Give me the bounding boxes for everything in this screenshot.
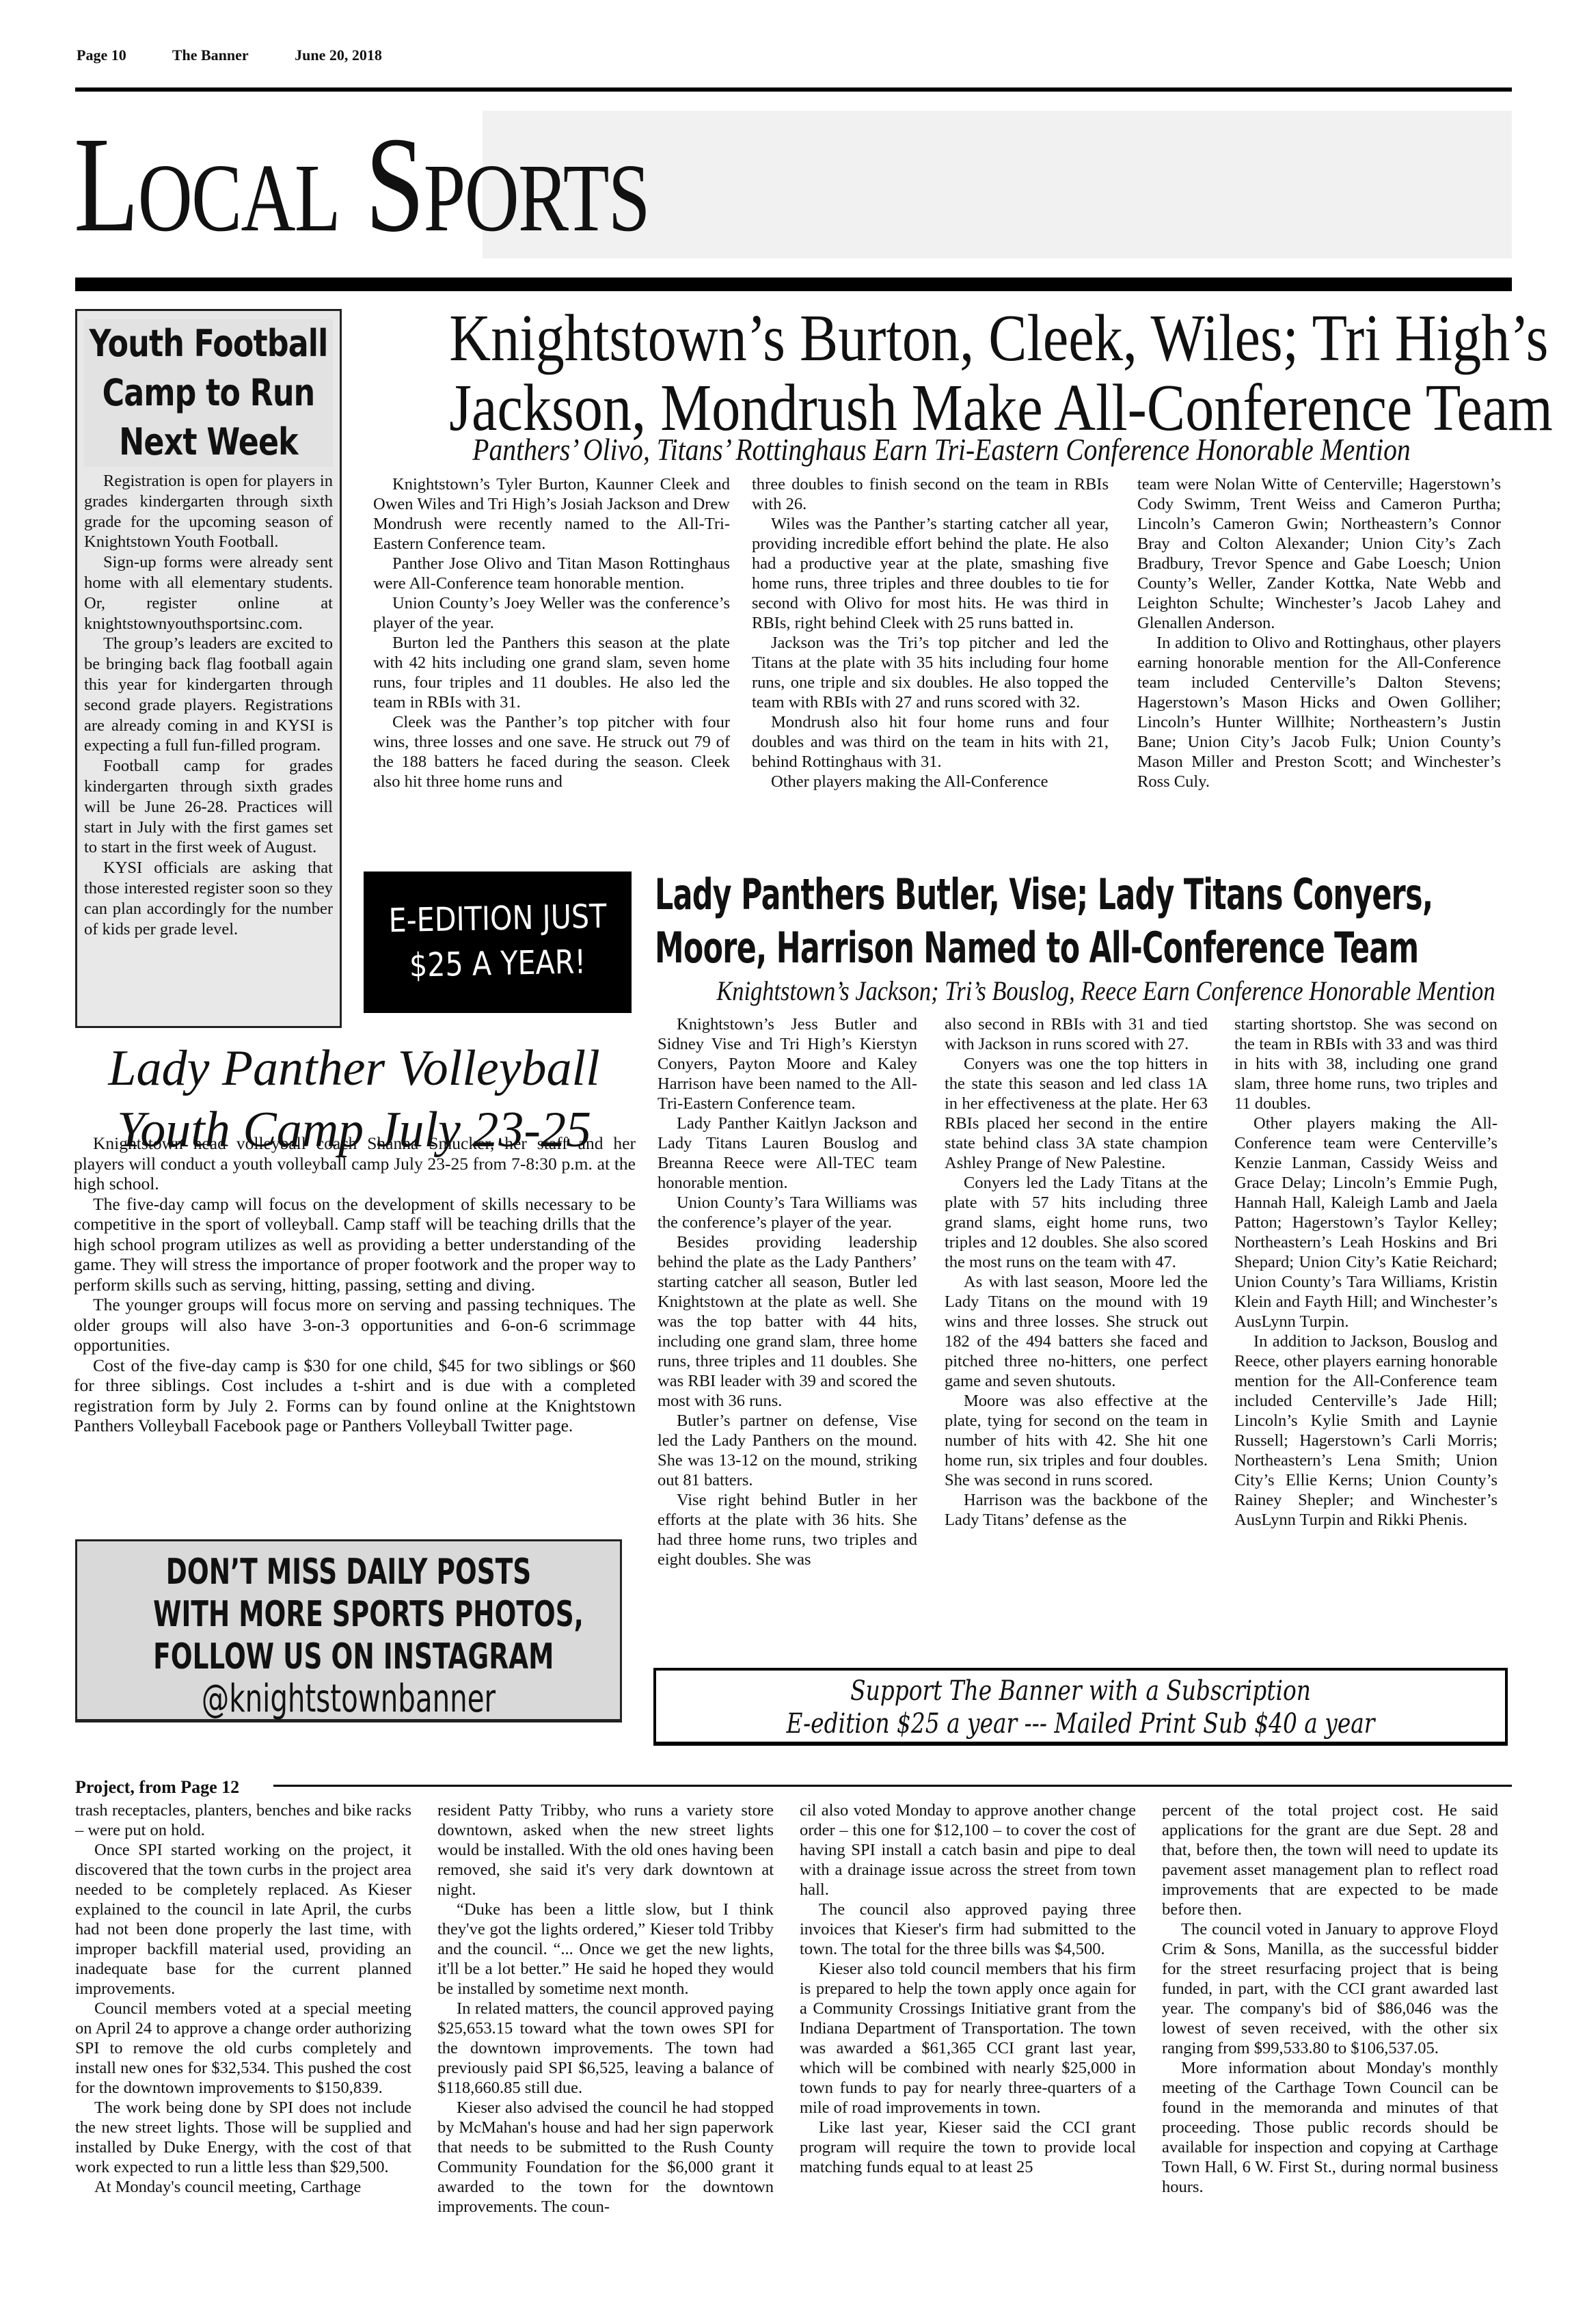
project-column-3: cil also voted Monday to approve another… [800, 1800, 1136, 2177]
paragraph: In addition to Jackson, Bouslog and Reec… [1234, 1332, 1498, 1530]
softball-deck: Knightstown’s Jackson; Tri’s Bouslog, Re… [716, 975, 1458, 1007]
paragraph: Conyers led the Lady Titans at the plate… [945, 1173, 1208, 1272]
issue-date: June 20, 2018 [295, 46, 382, 64]
paragraph: three doubles to finish second on the te… [752, 474, 1109, 514]
paragraph: Besides providing leadership behind the … [658, 1232, 917, 1411]
paragraph: At Monday's council meeting, Carthage [75, 2177, 411, 2197]
paragraph: Mondrush also hit four home runs and fou… [752, 712, 1109, 772]
paragraph: also second in RBIs with 31 and tied wit… [945, 1014, 1208, 1054]
paragraph: Knightstown’s Jess Butler and Sidney Vis… [658, 1014, 917, 1113]
paragraph: Jackson was the Tri’s top pitcher and le… [752, 633, 1109, 712]
instagram-handle[interactable]: @knightstownbanner [153, 1678, 544, 1720]
paragraph: Panther Jose Olivo and Titan Mason Rotti… [373, 554, 730, 593]
paragraph: Once SPI started working on the project,… [75, 1840, 411, 1999]
paragraph: In related matters, the council approved… [437, 1999, 774, 2098]
youth-football-box: Youth Football Camp to Run Next Week Reg… [75, 309, 342, 1028]
paragraph: Union County’s Tara Williams was the con… [658, 1193, 917, 1232]
paragraph: Lady Panther Kaitlyn Jackson and Lady Ti… [658, 1113, 917, 1193]
paragraph: Football camp for grades kindergarten th… [84, 756, 333, 858]
paragraph: The work being done by SPI does not incl… [75, 2098, 411, 2177]
project-column-2: resident Patty Tribby, who runs a variet… [437, 1800, 774, 2217]
paragraph: Conyers was one the top hitters in the s… [945, 1054, 1208, 1173]
softball-column-2: also second in RBIs with 31 and tied wit… [945, 1014, 1208, 1530]
paragraph: “Duke has been a little slow, but I thin… [437, 1900, 774, 1999]
softball-headline: Lady Panthers Butler, Vise; Lady Titans … [655, 868, 1250, 975]
subscription-ad[interactable]: Support The Banner with a Subscription E… [653, 1668, 1508, 1746]
paragraph: percent of the total project cost. He sa… [1162, 1800, 1498, 1919]
paragraph: The council voted in January to approve … [1162, 1919, 1498, 2058]
page-number: Page 10 [77, 46, 126, 64]
paragraph: starting shortstop. She was second on th… [1234, 1014, 1498, 1113]
baseball-headline: Knightstown’s Burton, Cleek, Wiles; Tri … [449, 303, 1434, 443]
paragraph: The younger groups will focus more on se… [74, 1295, 636, 1355]
folio-line: Page 10 The Banner June 20, 2018 [77, 46, 424, 64]
paragraph: Cleek was the Panther’s top pitcher with… [373, 712, 730, 792]
jump-headline: Project, from Page 12 [75, 1777, 239, 1798]
project-column-4: percent of the total project cost. He sa… [1162, 1800, 1498, 2197]
paragraph: resident Patty Tribby, who runs a variet… [437, 1800, 774, 1900]
paragraph: Wiles was the Panther’s starting catcher… [752, 514, 1109, 633]
paragraph: Cost of the five-day camp is $30 for one… [74, 1355, 636, 1436]
softball-column-1: Knightstown’s Jess Butler and Sidney Vis… [658, 1014, 917, 1569]
paragraph: Harrison was the backbone of the Lady Ti… [945, 1490, 1208, 1530]
paragraph: team were Nolan Witte of Centerville; Ha… [1137, 474, 1501, 633]
volleyball-body: Knightstown head volleyball coach Shanna… [74, 1133, 636, 1436]
paragraph: Registration is open for players in grad… [84, 471, 333, 552]
paragraph: cil also voted Monday to approve another… [800, 1800, 1136, 1900]
paragraph: Kieser also advised the council he had s… [437, 2098, 774, 2217]
paragraph: Vise right behind Butler in her efforts … [658, 1490, 917, 1569]
paragraph: The five-day camp will focus on the deve… [74, 1194, 636, 1295]
paragraph: trash receptacles, planters, benches and… [75, 1800, 411, 1840]
paragraph: Other players making the All-Conference [752, 772, 1109, 792]
baseball-column-1: Knightstown’s Tyler Burton, Kaunner Clee… [373, 474, 730, 792]
softball-column-3: starting shortstop. She was second on th… [1234, 1014, 1498, 1530]
top-rule [75, 87, 1512, 92]
eedition-ad[interactable]: E-EDITION JUST $25 A YEAR! [364, 871, 632, 1013]
paragraph: Like last year, Kieser said the CCI gran… [800, 2118, 1136, 2177]
paragraph: As with last season, Moore led the Lady … [945, 1272, 1208, 1391]
paragraph: Moore was also effective at the plate, t… [945, 1391, 1208, 1490]
paragraph: Sign-up forms were already sent home wit… [84, 552, 333, 634]
paragraph: Knightstown’s Tyler Burton, Kaunner Clee… [373, 474, 730, 554]
jump-rule [273, 1785, 1512, 1787]
baseball-deck: Panthers’ Olivo, Titans’ Rottinghaus Ear… [438, 432, 1446, 468]
paragraph: The council also approved paying three i… [800, 1900, 1136, 1959]
paragraph: The group’s leaders are excited to be br… [84, 634, 333, 756]
masthead-rule [75, 278, 1512, 291]
project-column-1: trash receptacles, planters, benches and… [75, 1800, 411, 2197]
section-title: LOCAL SPORTS [74, 113, 649, 269]
paper-name: The Banner [172, 46, 249, 64]
paragraph: Union County’s Joey Weller was the confe… [373, 593, 730, 633]
paragraph: Council members voted at a special meeti… [75, 1999, 411, 2098]
paragraph: In addition to Olivo and Rottinghaus, ot… [1137, 633, 1501, 792]
paragraph: Butler’s partner on defense, Vise led th… [658, 1411, 917, 1490]
baseball-column-3: team were Nolan Witte of Centerville; Ha… [1137, 474, 1501, 792]
baseball-column-2: three doubles to finish second on the te… [752, 474, 1109, 792]
paragraph: KYSI officials are asking that those int… [84, 858, 333, 939]
paragraph: Other players making the All-Conference … [1234, 1113, 1498, 1332]
paragraph: Knightstown head volleyball coach Shanna… [74, 1133, 636, 1194]
paragraph: Kieser also told council members that hi… [800, 1959, 1136, 2118]
paragraph: Burton led the Panthers this season at t… [373, 633, 730, 712]
paragraph: More information about Monday's monthly … [1162, 2058, 1498, 2197]
instagram-ad[interactable]: DON’T MISS DAILY POSTS WITH MORE SPORTS … [75, 1539, 622, 1722]
youth-football-headline: Youth Football Camp to Run Next Week [84, 319, 333, 467]
